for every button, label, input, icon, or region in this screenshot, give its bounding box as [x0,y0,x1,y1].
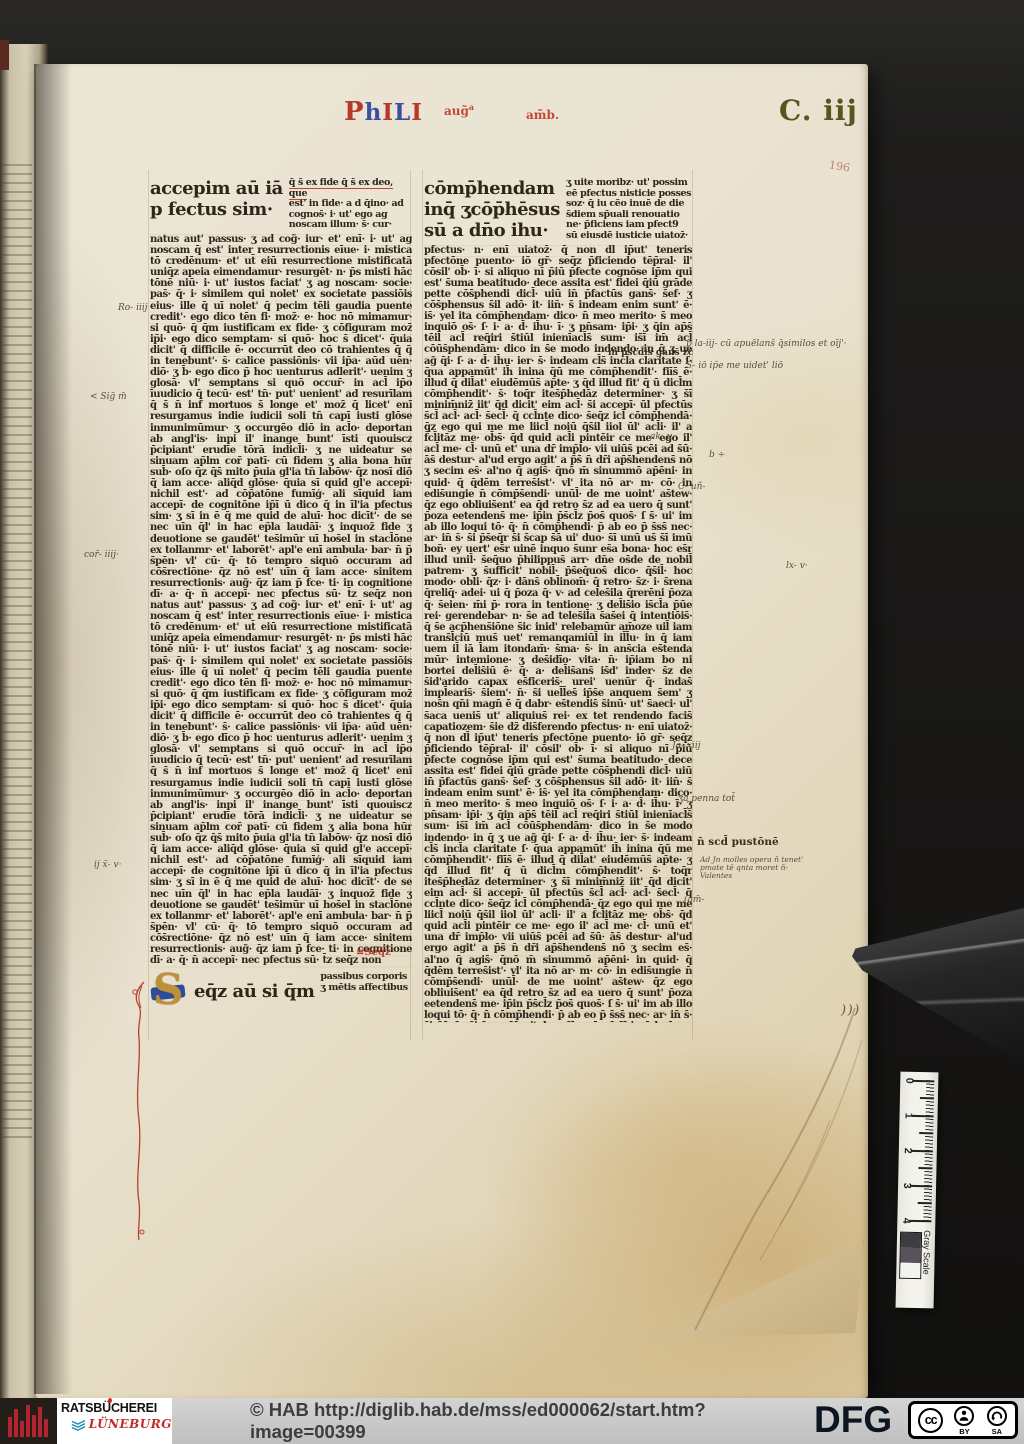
margin-note: n̄ scd̄ pustōnē [697,838,779,848]
cc-sa-label: SA [992,1428,1002,1436]
parchment-scar [640,1000,870,1340]
margin-note: < Sig̃ m̃ [90,393,127,403]
column-opening: cōmp̄hendam inq̄ ʒcōp̄hēsus sū a dn̄o ih… [424,178,692,242]
column-opening: accepim aū iā p fectus sim· q̄ s̄ ex fid… [150,178,412,231]
cc-sa-arrow-icon [986,1405,1008,1427]
library-city: LÜNEBURG [89,1417,172,1431]
ruler-tick [910,1185,932,1187]
ruler-tick [912,1115,934,1117]
margin-note: C- uñ- [678,483,705,493]
running-title-letter: L [394,99,411,126]
ruling-line [422,170,423,1040]
margin-note: ʒa penna tot̄ [678,795,735,805]
running-title: PhILI [344,98,423,127]
margin-note: (am̄- [684,896,704,906]
source-attribution-augustine: aug̃a [444,102,474,118]
initial-letter: S [153,967,183,1013]
ruler-number: 2 [900,1148,914,1154]
library-logo: RATSBÜCHEREI LÜNEBURG [57,1398,172,1444]
ruling-line [692,170,693,1040]
dfg-logo: DFG [814,1397,892,1443]
attribution-bar: RATSBÜCHEREI LÜNEBURG © HAB http://digli… [0,1398,1024,1444]
cc-by-person-icon [953,1405,975,1427]
grayscale-ruler: 0 1 2 3 4 Gray Scale [896,1072,939,1309]
column-ending: S eq̄z aū si q̄m passibus corporis ʒ mēt… [150,970,412,1016]
cc-icon: cc [918,1408,943,1433]
ruler-tick [912,1080,934,1082]
text-column-right: cōmp̄hendam inq̄ ʒcōp̄hēsus sū a dn̄o ih… [424,178,692,1023]
lemma-text: cōmp̄hendam inq̄ ʒcōp̄hēsus sū a dn̄o ih… [424,178,560,242]
cc-by-label: BY [959,1428,969,1436]
ruler-tick [919,1132,933,1134]
swatch-white [900,1263,920,1278]
margin-note: lx- v· [786,562,808,572]
running-title-letter: P [344,97,365,127]
ruler-tick [909,1220,931,1222]
scan-viewport: PhILI aug̃a am̃b. C. iij 196 accepim aū … [0,0,1024,1444]
ruler-number: 0 [901,1078,915,1084]
library-logo-background [0,1398,57,1444]
margin-note: S- iō ip̄e me uidet' liō [686,362,851,372]
ruler-tick [920,1097,934,1099]
pen-flourish [130,980,152,1242]
margin-note: Ja- xiij [672,742,701,752]
commentary-body: pfectus· n· enī uiatoz̄· q̄ non dl̄ ip̄u… [424,245,692,1023]
cc-license-badge: cc BY SA [908,1401,1018,1439]
chapter-mark: C. iij [779,94,858,127]
margin-note: b ÷ [709,451,725,461]
ruler-tick [918,1202,932,1204]
ruler-tick [918,1167,932,1169]
page-holder-strap [852,908,1024,1064]
margin-note: Ad Jn molles opera n̄ tenet' pmate tē qn… [700,856,822,880]
swatch-dark [901,1233,921,1248]
spine-headband [0,40,9,70]
margin-note: cor̄- iiij· [84,551,119,561]
attribution-superscript: a [469,102,474,112]
text-column-left: accepim aū iā p fectus sim· q̄ s̄ ex fid… [150,178,412,1016]
ruling-line [148,170,149,1040]
catchword: ≡Seq̄z [356,948,391,958]
ruler-number: 3 [899,1183,913,1189]
margin-note: in p̄scd̄is gans̄ zc̄ [608,349,693,359]
ruler-number: 4 [898,1218,912,1224]
lemma-text: accepim aū iā p fectus sim· [150,178,283,231]
margin-note: ij x̄- v· [94,861,121,871]
lemma-text: eq̄z aū si q̄m [194,970,314,1014]
cc-sa-item: SA [986,1405,1008,1436]
gloss-text: q̄ s̄ ex fide q̄ s̄ ex deo, que est' in … [289,178,412,231]
margin-note: p̄ la-iij- cū apuēlans̄ q̄similos et oīj… [686,340,851,350]
gloss-text: ʒ uite moribz· ut' possim eē pfectus nis… [566,178,692,242]
facing-page-edge-text [2,164,32,1144]
quire-mark: ))) [841,1003,861,1018]
gutter-shadow [34,64,72,1394]
grayscale-label: Gray Scale [921,1230,932,1275]
open-book-icon [71,1418,86,1431]
swatch-mid [900,1248,920,1263]
commentary-body: natus aut' passus· ʒ ad cog̃· iur· et' e… [150,234,412,968]
gloss-text: passibus corporis ʒ mētis affectibus [320,972,407,993]
margin-note: ak- u- [650,433,675,443]
manuscript-photo: PhILI aug̃a am̃b. C. iij 196 accepim aū … [0,0,1024,1398]
ruler-number: 1 [900,1113,914,1119]
library-name: RATSBÜCHEREI [61,1401,172,1415]
copyright-url: © HAB http://diglib.hab.de/mss/ed000062/… [250,1398,770,1444]
decorated-initial: S [150,970,188,1016]
running-title-letter: I [382,99,394,126]
running-title-letter: I [411,99,423,126]
grayscale-swatches [899,1232,922,1279]
flame-icon [108,1398,112,1403]
margin-note: Ro- iiij [118,304,148,314]
ruler-tick [911,1150,933,1152]
library-logo-icon [8,1405,48,1437]
source-attribution-ambrose: am̃b. [526,108,559,122]
running-title-letter: h [365,99,383,126]
cc-by-item: BY [953,1405,975,1436]
